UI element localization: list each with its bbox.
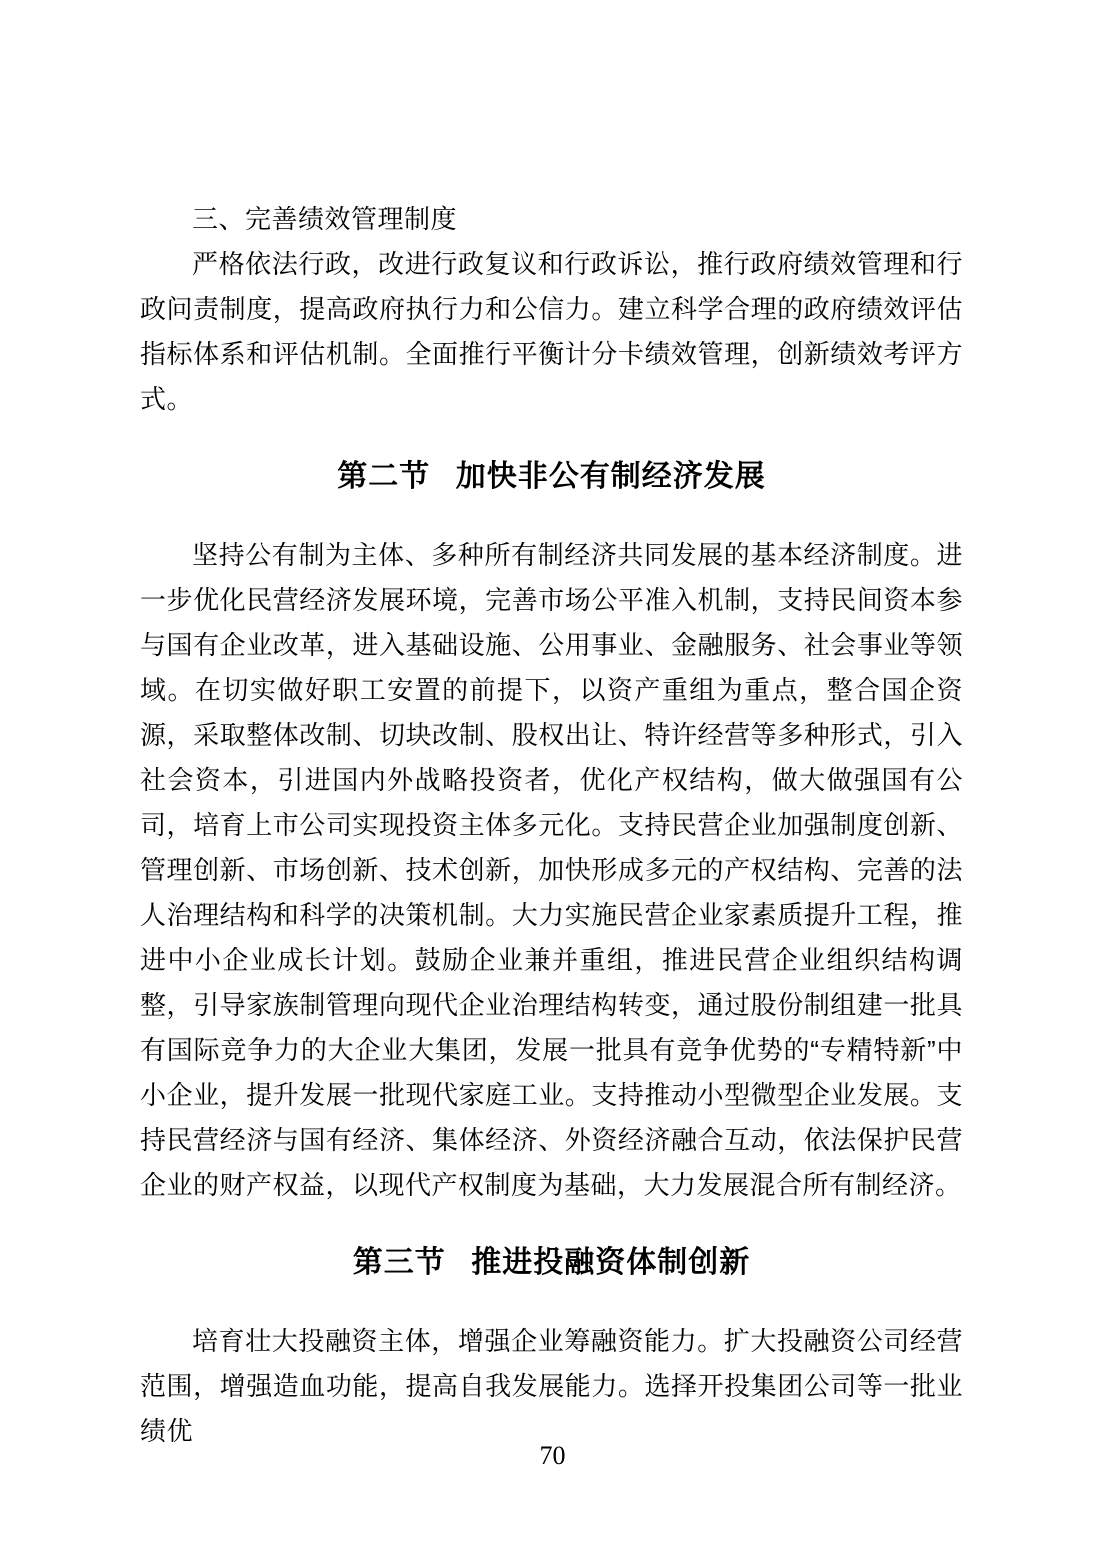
section-2-heading-title: 加快非公有制经济发展 <box>456 460 766 493</box>
subsection-heading: 三、完善绩效管理制度 <box>140 197 963 242</box>
section-3-heading-number: 第三节 <box>353 1246 446 1279</box>
section-3-heading: 第三节推进投融资体制创新 <box>140 1240 963 1286</box>
section-3-heading-title: 推进投融资体制创新 <box>471 1246 750 1279</box>
page-content: 三、完善绩效管理制度 严格依法行政，改进行政复议和行政诉讼，推行政府绩效管理和行… <box>140 197 963 1454</box>
section-2-body: 坚持公有制为主体、多种所有制经济共同发展的基本经济制度。进一步优化民营经济发展环… <box>140 533 963 1208</box>
section-2-heading-number: 第二节 <box>337 460 430 493</box>
document-page: 三、完善绩效管理制度 严格依法行政，改进行政复议和行政诉讼，推行政府绩效管理和行… <box>0 0 1105 1550</box>
section-2-paragraph: 坚持公有制为主体、多种所有制经济共同发展的基本经济制度。进一步优化民营经济发展环… <box>140 533 963 1208</box>
subsection-body: 严格依法行政，改进行政复议和行政诉讼，推行政府绩效管理和行政问责制度，提高政府执… <box>140 242 963 422</box>
section-2-heading: 第二节加快非公有制经济发展 <box>140 454 963 500</box>
section-3-paragraph: 培育壮大投融资主体，增强企业筹融资能力。扩大投融资公司经营范围，增强造血功能，提… <box>140 1319 963 1454</box>
page-number: 70 <box>0 1442 1105 1470</box>
section-3-body: 培育壮大投融资主体，增强企业筹融资能力。扩大投融资公司经营范围，增强造血功能，提… <box>140 1319 963 1454</box>
subsection-paragraph: 严格依法行政，改进行政复议和行政诉讼，推行政府绩效管理和行政问责制度，提高政府执… <box>140 242 963 422</box>
